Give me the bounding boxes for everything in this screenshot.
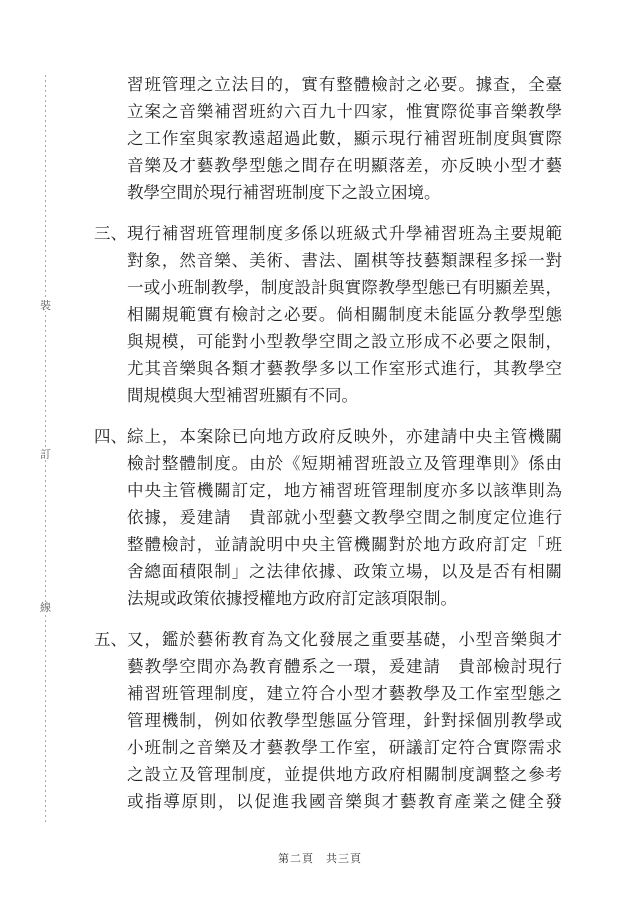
text-line: 立案之音樂補習班約六百九十四家，惟實際從事音樂教學 bbox=[127, 98, 562, 125]
text-line: 管理機制，例如依教學型態區分管理，針對採個別教學或 bbox=[127, 707, 562, 734]
document-body: 習班管理之立法目的，實有整體檢討之必要。據查，全臺 立案之音樂補習班約六百九十四… bbox=[127, 71, 562, 815]
binding-mark-ding: 訂 bbox=[37, 449, 54, 460]
text-line: 習班管理之立法目的，實有整體檢討之必要。據查，全臺 bbox=[127, 71, 562, 98]
text-line: 依據，爰建請 貴部就小型藝文教學空間之制度定位進行 bbox=[127, 504, 562, 531]
text-line: 整體檢討，並請說明中央主管機關對於地方政府訂定「班 bbox=[127, 531, 562, 558]
text-line: 教學空間於現行補習班制度下之設立困境。 bbox=[127, 179, 562, 206]
text-line: 檢討整體制度。由於《短期補習班設立及管理準則》係由 bbox=[127, 450, 562, 477]
text-line: 與規模，可能對小型教學空間之設立形成不必要之限制， bbox=[127, 328, 562, 355]
list-item-5: 五、 又，鑑於藝術教育為文化發展之重要基礎，小型音樂與才 藝教學空間亦為教育體系… bbox=[127, 626, 562, 815]
text-line: 相關規範實有檢討之必要。倘相關制度未能區分教學型態 bbox=[127, 301, 562, 328]
footer-page-number: 第二頁 共三頁 bbox=[0, 850, 640, 866]
text-line: 之工作室與家教遠超過此數，顯示現行補習班制度與實際 bbox=[127, 125, 562, 152]
text-line: 一或小班制教學，制度設計與實際教學型態已有明顯差異， bbox=[127, 274, 562, 301]
binding-mark-zhuang: 裝 bbox=[37, 300, 54, 311]
text-line: 補習班管理制度，建立符合小型才藝教學及工作室型態之 bbox=[127, 680, 562, 707]
list-item-3: 三、 現行補習班管理制度多係以班級式升學補習班為主要規範 對象，然音樂、美術、書… bbox=[127, 220, 562, 409]
text-line: 尤其音樂與各類才藝教學多以工作室形式進行，其教學空 bbox=[127, 355, 562, 382]
item-number: 四、 bbox=[94, 423, 127, 450]
item-number: 五、 bbox=[94, 626, 127, 653]
text-line: 間規模與大型補習班顯有不同。 bbox=[127, 382, 562, 409]
text-line: 綜上，本案除已向地方政府反映外，亦建請中央主管機關 bbox=[127, 423, 562, 450]
text-line: 又，鑑於藝術教育為文化發展之重要基礎，小型音樂與才 bbox=[127, 626, 562, 653]
text-line: 小班制之音樂及才藝教學工作室，研議訂定符合實際需求 bbox=[127, 734, 562, 761]
text-line: 中央主管機關訂定，地方補習班管理制度亦多以該準則為 bbox=[127, 477, 562, 504]
text-line: 之設立及管理制度，並提供地方政府相關制度調整之參考 bbox=[127, 761, 562, 788]
opening-paragraph: 習班管理之立法目的，實有整體檢討之必要。據查，全臺 立案之音樂補習班約六百九十四… bbox=[127, 71, 562, 206]
text-line: 現行補習班管理制度多係以班級式升學補習班為主要規範 bbox=[127, 220, 562, 247]
list-item-4: 四、 綜上，本案除已向地方政府反映外，亦建請中央主管機關 檢討整體制度。由於《短… bbox=[127, 423, 562, 612]
text-line: 藝教學空間亦為教育體系之一環，爰建請 貴部檢討現行 bbox=[127, 653, 562, 680]
item-number: 三、 bbox=[94, 220, 127, 247]
text-line: 舍總面積限制」之法律依據、政策立場，以及是否有相關 bbox=[127, 558, 562, 585]
text-line: 或指導原則，以促進我國音樂與才藝教育產業之健全發 bbox=[127, 788, 562, 815]
text-line: 法規或政策依據授權地方政府訂定該項限制。 bbox=[127, 585, 562, 612]
binding-mark-xian: 線 bbox=[37, 602, 54, 613]
text-line: 音樂及才藝教學型態之間存在明顯落差，亦反映小型才藝 bbox=[127, 152, 562, 179]
text-line: 對象，然音樂、美術、書法、圍棋等技藝類課程多採一對 bbox=[127, 247, 562, 274]
